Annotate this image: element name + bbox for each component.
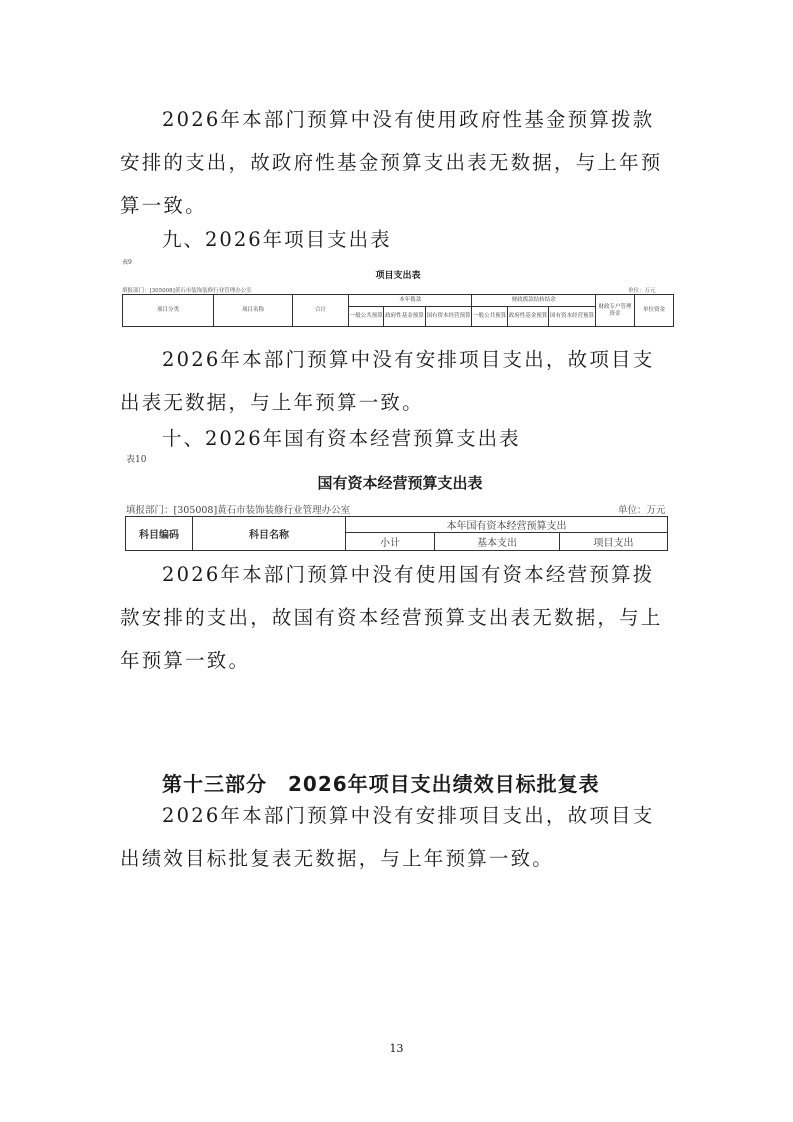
paragraph-performance: 2026年本部门预算中没有安排项目支出，故项目支出绩效目标批复表无数据，与上年预…	[120, 794, 676, 880]
col-g1-govfund: 政府性基金预算	[384, 307, 425, 327]
section-heading-10: 十、2026年国有资本经营预算支出表	[162, 423, 521, 451]
col-category: 项目分类	[123, 295, 214, 327]
table10-label: 表10	[126, 452, 146, 465]
section-heading-9: 九、2026年项目支出表	[162, 224, 392, 252]
col-group-carryover: 财政拨款结转结余	[472, 295, 596, 307]
col-special: 财政专户管理资金	[596, 295, 635, 327]
col-unit-funds: 单位资金	[635, 295, 674, 327]
col-subtotal: 小计	[346, 533, 435, 551]
col-g2-general: 一般公共预算	[472, 307, 507, 327]
col-group-capital: 本年国有资本经营预算支出	[346, 517, 668, 533]
col-subject-name: 科目名称	[193, 517, 346, 551]
col-total: 合计	[293, 295, 349, 327]
capital-budget-table: 科目编码 科目名称 本年国有资本经营预算支出 小计 基本支出 项目支出	[125, 516, 668, 551]
col-g1-general: 一般公共预算	[349, 307, 384, 327]
col-project: 项目支出	[560, 533, 668, 551]
col-group-current: 本年拨款	[349, 295, 472, 307]
table9-label: 表9	[122, 257, 132, 266]
part-heading-13: 第十三部分 2026年项目支出绩效目标批复表	[162, 768, 600, 797]
col-code: 科目编码	[126, 517, 193, 551]
table9-title: 项目支出表	[122, 268, 674, 281]
paragraph-capital: 2026年本部门预算中没有使用国有资本经营预算拨款安排的支出，故国有资本经营预算…	[120, 553, 676, 682]
paragraph-gov-fund: 2026年本部门预算中没有使用政府性基金预算拨款安排的支出，故政府性基金预算支出…	[120, 98, 676, 227]
table10-unit: 单位：万元	[618, 502, 666, 516]
table10-dept: 填报部门：[305008]黄石市装饰装修行业管理办公室	[126, 502, 350, 516]
page-number: 13	[0, 1042, 793, 1055]
col-g1-capital: 国有资本经营预算	[425, 307, 472, 327]
col-g2-govfund: 政府性基金预算	[507, 307, 548, 327]
paragraph-project: 2026年本部门预算中没有安排项目支出，故项目支出表无数据，与上年预算一致。	[120, 338, 676, 424]
table10-title: 国有资本经营预算支出表	[122, 472, 678, 493]
col-name: 项目名称	[214, 295, 293, 327]
col-basic: 基本支出	[435, 533, 560, 551]
project-expenditure-table: 项目分类 项目名称 合计 本年拨款 财政拨款结转结余 财政专户管理资金 单位资金…	[122, 294, 674, 327]
table9-unit: 单位：万元	[628, 286, 656, 294]
col-g2-capital: 国有资本经营预算	[549, 307, 596, 327]
table9-dept: 填报部门：[305008]黄石市装饰装修行业管理办公室	[122, 286, 252, 294]
